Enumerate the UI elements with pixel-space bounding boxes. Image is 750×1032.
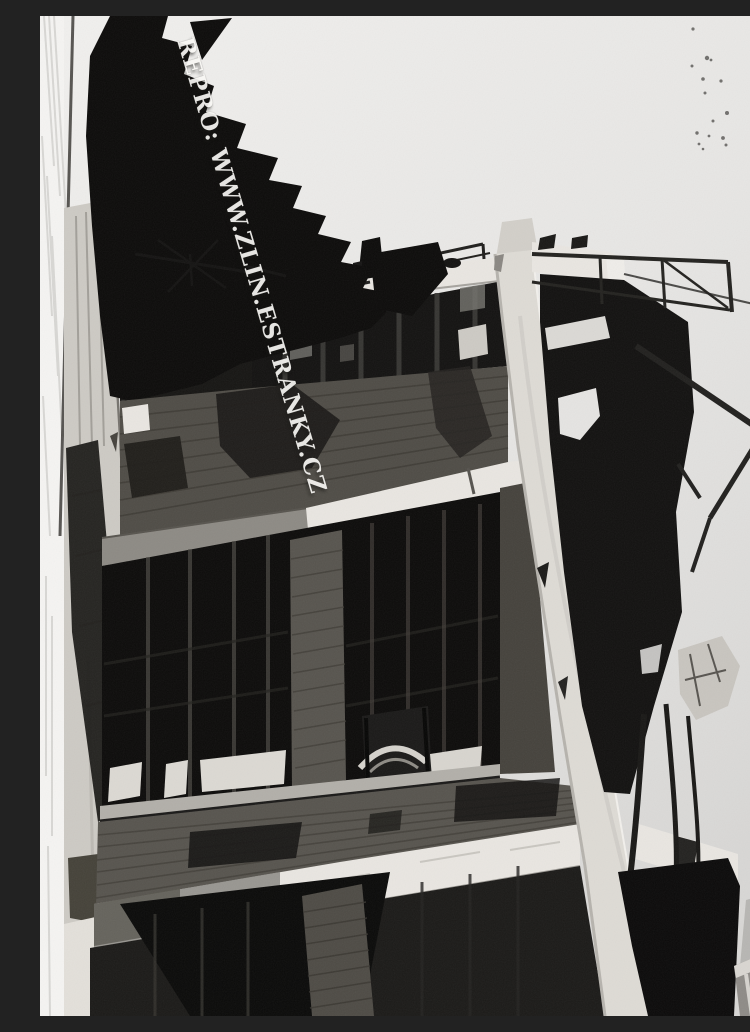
photo-grain: [40, 16, 750, 1016]
photograph: REPRO: WWW.ZLIN.ESTRANKY.CZ: [40, 16, 750, 1016]
